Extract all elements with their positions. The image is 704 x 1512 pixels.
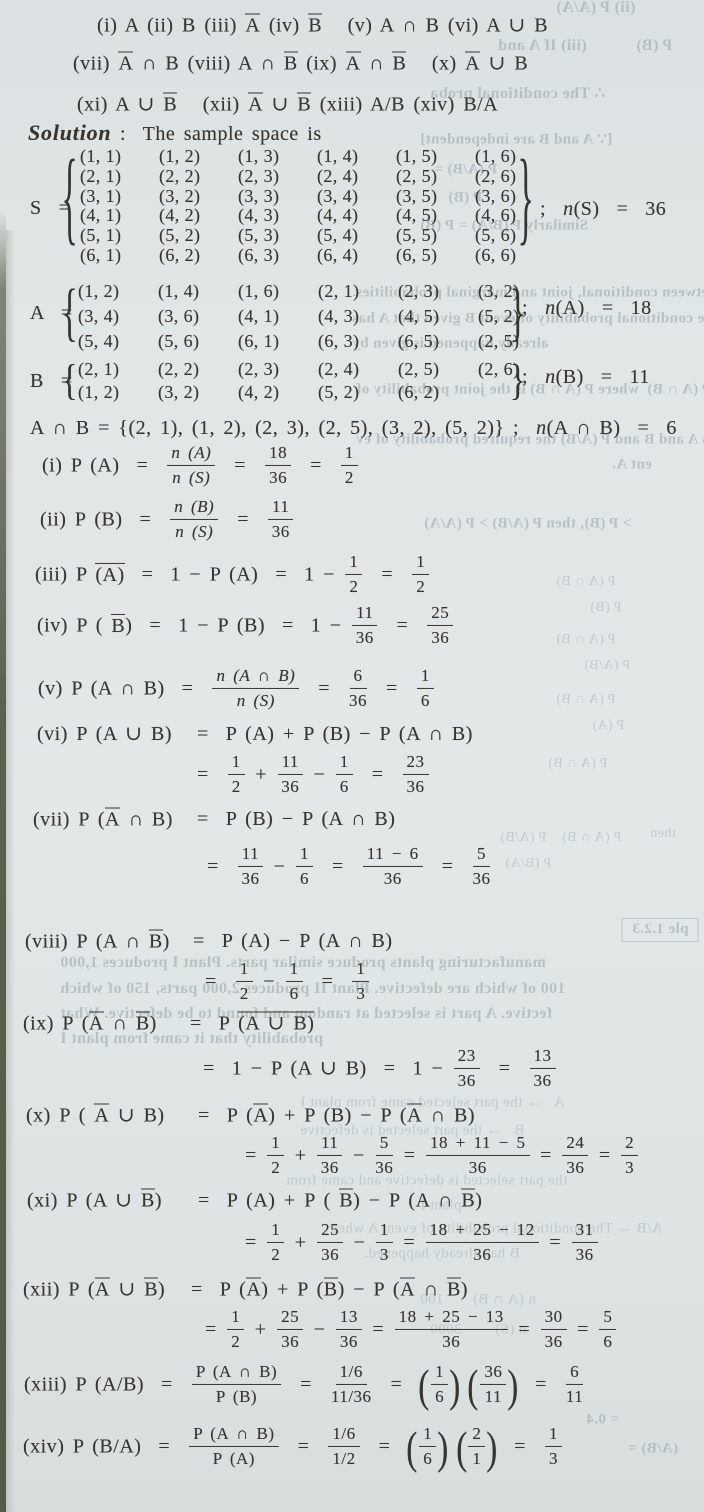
fraction-denominator: 2 xyxy=(232,775,241,797)
ghost-bleed-text: (A/B) = xyxy=(628,1441,678,1458)
overbar-term: A xyxy=(89,1012,104,1035)
tuple-cell: (1, 4) xyxy=(317,146,358,167)
fraction-numerator: P (A ∩ B) xyxy=(192,1362,281,1385)
eq-i: (i) P (A) = n (A)n (S) = 1836 = 12 xyxy=(42,445,360,489)
fraction-numerator: 11 − 6 xyxy=(363,844,423,867)
math-text: (x) P ( xyxy=(26,1105,94,1127)
eq-xi-line1-rhs: = P (A) + P ( B) − P (A ∩ B) xyxy=(198,1189,482,1212)
math-text: − xyxy=(305,764,334,786)
fraction-denominator: 36 xyxy=(281,1330,299,1352)
math-text: = xyxy=(590,1145,619,1167)
math-text: = xyxy=(497,1436,543,1458)
fraction-numerator: 23 xyxy=(403,752,429,775)
math-text: = xyxy=(569,1319,598,1341)
tuple-cell: (4, 6) xyxy=(475,205,516,226)
math-text: : The sample space is xyxy=(111,123,321,145)
math-text: = xyxy=(518,1374,564,1396)
math-text: (ix) xyxy=(298,53,346,75)
tuple-cell: (2, 1) xyxy=(318,281,359,302)
ghost-bleed-text: P (A ∩ B) xyxy=(556,574,615,590)
fraction-denominator: 36 xyxy=(469,1156,487,1178)
overbar-term: A xyxy=(248,93,263,116)
fraction-numerator: 11 xyxy=(268,497,293,520)
parenthesized-fraction: (21) xyxy=(457,1426,498,1470)
tuple-cell: (3, 6) xyxy=(158,306,199,327)
fraction-denominator: 36 xyxy=(321,1243,339,1265)
fraction-denominator: 2 xyxy=(240,982,249,1004)
fraction-numerator: 2 xyxy=(468,1424,485,1447)
fraction-denominator: 36 xyxy=(340,1330,358,1352)
fraction: 1336 xyxy=(336,1307,362,1351)
fraction-denominator: 2 xyxy=(271,1243,280,1265)
overbar-term: B xyxy=(308,14,322,37)
fraction-numerator: P (A ∩ B) xyxy=(189,1424,278,1447)
fraction: 611 xyxy=(566,1362,583,1406)
math-text: = xyxy=(205,1319,225,1341)
eq-vii-line1: (vii) P (A ∩ B) xyxy=(33,808,173,831)
fraction: 12 xyxy=(345,552,362,596)
fraction-denominator: 36 xyxy=(281,775,299,797)
set-S-left-brace: { xyxy=(61,145,77,250)
overbar-term: B xyxy=(149,930,163,953)
tuple-cell: (4, 2) xyxy=(159,205,200,226)
eq-x-line2: = 12 + 1136 − 536 = 18 + 11 − 536 = 2436… xyxy=(245,1135,640,1179)
tuple-cell: (6, 5) xyxy=(398,331,439,352)
math-text: ) xyxy=(158,1279,165,1301)
fraction-denominator: 36 xyxy=(472,867,490,889)
math-text: = xyxy=(205,971,234,993)
math-text: = xyxy=(315,856,361,878)
tuple-cell: (1, 4) xyxy=(158,281,199,302)
math-text: = 1 − P (A ∪ B) = 1 − xyxy=(203,1058,452,1080)
tuple-cell: (5, 3) xyxy=(238,225,279,246)
fraction-numerator: 25 xyxy=(427,603,453,626)
math-text: ∩ xyxy=(415,1279,447,1301)
math-text: ∩ xyxy=(104,1013,136,1035)
fraction-denominator: 36 xyxy=(356,626,374,648)
fraction-denominator: 2 xyxy=(349,575,358,597)
tuple-cell: (2, 6) xyxy=(478,359,519,380)
tuple-cell: (5, 1) xyxy=(80,225,121,246)
math-text: = xyxy=(510,1319,539,1341)
fraction-numerator: 13 xyxy=(336,1307,362,1330)
eq-xi-line2: = 12 + 2536 − 13 = 18 + 25 − 1236 = 3136 xyxy=(245,1222,600,1266)
math-text: = P (B) − P (A ∩ B) xyxy=(197,808,395,830)
fraction: 12 xyxy=(412,552,429,596)
fraction: 1136 xyxy=(238,844,263,888)
fraction: 12 xyxy=(267,1220,284,1264)
fraction-numerator: 1/6 xyxy=(328,1424,359,1447)
overbar-term: A xyxy=(407,1104,422,1127)
tuple-cell: (6, 6) xyxy=(475,245,516,266)
set-A-count: ; n(A) = 18 xyxy=(522,297,652,319)
overbar-term: B xyxy=(324,1278,338,1301)
set-A-left-brace: { xyxy=(61,280,77,345)
tuple-cell: (2, 4) xyxy=(318,359,359,380)
fraction-denominator: 36 xyxy=(349,689,367,711)
fraction: 2536 xyxy=(277,1307,303,1351)
math-text: = xyxy=(362,1436,408,1458)
math-text: (xii) xyxy=(177,94,248,116)
tuple-cell: (4, 3) xyxy=(318,306,359,327)
tuple-cell: (4, 4) xyxy=(317,205,358,226)
eq-ii: (ii) P (B) = n (B)n (S) = 1136 xyxy=(40,499,295,543)
fraction: 1/611/36 xyxy=(331,1362,372,1406)
fraction-denominator: 1 xyxy=(472,1447,481,1469)
math-text: = xyxy=(379,615,425,637)
fraction: 16 xyxy=(336,752,353,796)
tuple-cell: (6, 1) xyxy=(80,245,121,266)
math-text: (ii) P (B) = xyxy=(40,509,168,531)
math-text: (i) P (A) = xyxy=(42,455,165,477)
fraction-denominator: 6 xyxy=(603,1330,612,1352)
fraction: n (A ∩ B)n (S) xyxy=(212,666,299,710)
fraction-denominator: n (S) xyxy=(237,689,275,711)
set-B-left-brace: { xyxy=(61,358,77,401)
ghost-bleed-text: P (B/A) xyxy=(505,856,551,872)
math-text: = xyxy=(293,455,339,477)
fraction: P (A ∩ B)P (A) xyxy=(189,1424,278,1468)
math-text: ∪ B) xyxy=(109,1105,164,1127)
fraction-denominator: n (S) xyxy=(172,466,210,488)
fraction-numerator: 5 xyxy=(599,1307,616,1330)
fraction: 3611 xyxy=(480,1362,506,1406)
fraction: 3136 xyxy=(572,1220,598,1264)
fraction-denominator: P (B) xyxy=(216,1385,257,1407)
math-text: = xyxy=(395,1232,424,1254)
tuple-cell: (3, 3) xyxy=(238,186,279,207)
overbar-term: B xyxy=(447,1278,461,1301)
fraction-numerator: 6 xyxy=(566,1362,583,1385)
math-text: = xyxy=(369,678,415,700)
fraction-denominator: 36 xyxy=(458,1069,476,1091)
fraction-numerator: 11 xyxy=(238,844,263,867)
fraction-denominator: 36 xyxy=(384,867,402,889)
tuple-cell: (5, 4) xyxy=(78,331,119,352)
math-text: (v) P (A ∩ B) = xyxy=(38,678,210,700)
set-B-count: ; n(B) = 11 xyxy=(522,366,650,388)
fraction-denominator: 6 xyxy=(421,689,430,711)
eq-vii-line1-rhs: = P (B) − P (A ∩ B) xyxy=(197,808,395,830)
math-text: ∩ B) xyxy=(120,809,173,831)
math-text: ) xyxy=(461,1279,468,1301)
eq-v: (v) P (A ∩ B) = n (A ∩ B)n (S) = 636 = 1… xyxy=(38,668,436,712)
math-text: ∩ B (viii) A ∩ xyxy=(133,53,283,75)
fraction-numerator: n (A) xyxy=(167,443,215,466)
eq-viii-line1: (viii) P (A ∩ B) xyxy=(25,930,170,953)
math-text: (xiv) P (B/A) = xyxy=(23,1436,187,1458)
math-text: = xyxy=(532,1145,561,1167)
fraction: 2536 xyxy=(427,603,453,647)
problem-list-line-2: (vii) A ∩ B (viii) A ∩ B (ix) A ∩ B (x) … xyxy=(73,52,528,75)
fraction-numerator: 25 xyxy=(317,1220,343,1243)
math-text: A ∩ B = {(2, 1), (1, 2), (2, 3), (2, 5),… xyxy=(30,417,536,439)
math-text: ) = 1 − P (B) = 1 − xyxy=(125,615,350,637)
math-text: − xyxy=(255,971,284,993)
fraction: 1136 xyxy=(317,1133,342,1177)
overbar-term: A xyxy=(465,52,480,75)
math-text: = 1 − P (A) = 1 − xyxy=(125,564,344,586)
tuple-cell: (4, 1) xyxy=(238,306,279,327)
eq-vi-line2: = 12 + 1136 − 16 = 2336 xyxy=(197,754,431,798)
math-text: (viii) P (A ∩ xyxy=(25,931,149,953)
problem-list-line-3: (xi) A ∪ B (xii) A ∪ B (xiii) A/B (xiv) … xyxy=(77,93,498,116)
fraction: 1136 xyxy=(352,603,377,647)
ghost-bleed-text: ple 1.2.3 xyxy=(622,918,699,942)
set-S-count: ; n(S) = 36 xyxy=(540,198,666,220)
math-text: + xyxy=(247,764,276,786)
math-text: ; xyxy=(540,198,563,220)
math-text: = xyxy=(197,764,226,786)
math-italic: n xyxy=(563,198,574,220)
math-text: (S) = 36 xyxy=(574,198,667,220)
fraction-numerator: 1 xyxy=(286,959,303,982)
ghost-bleed-text: (ii) P (A/A) xyxy=(556,0,635,17)
overbar-term: A xyxy=(118,52,133,75)
tuple-cell: (4, 2) xyxy=(238,382,279,403)
tuple-cell: (3, 2) xyxy=(478,281,519,302)
fraction: 1136 xyxy=(278,752,303,796)
ghost-bleed-text: ent A. xyxy=(612,457,652,474)
fraction-numerator: 13 xyxy=(530,1046,556,1069)
overbar-term: B xyxy=(163,93,177,116)
fraction-numerator: 1/6 xyxy=(336,1362,367,1385)
eq-vi-line1: (vi) P (A ∪ B) xyxy=(37,723,172,745)
eq-viii-line1-rhs: = P (A) − P (A ∩ B) xyxy=(193,930,393,952)
fraction-numerator: 5 xyxy=(473,844,490,867)
ghost-bleed-text: P (B) xyxy=(590,600,621,616)
fraction-numerator: 1 xyxy=(296,844,313,867)
fraction-denominator: 36 xyxy=(407,775,425,797)
tuple-cell: (1, 6) xyxy=(475,146,516,167)
fraction-numerator: 30 xyxy=(541,1307,567,1330)
fraction-numerator: 36 xyxy=(480,1362,506,1385)
math-text: = xyxy=(217,455,263,477)
math-text: ) − P ( xyxy=(338,1279,400,1301)
fraction: 12 xyxy=(267,1133,284,1177)
fraction-numerator: 31 xyxy=(572,1220,598,1243)
eq-xi-line1: (xi) P (A ∪ B) xyxy=(27,1189,162,1212)
fraction-denominator: 36 xyxy=(545,1330,563,1352)
math-text: − xyxy=(345,1232,374,1254)
tuple-cell: (2, 5) xyxy=(398,359,439,380)
math-text: = xyxy=(425,856,471,878)
fraction-numerator: 18 + 25 − 12 xyxy=(426,1220,539,1243)
ghost-bleed-text: P (A) xyxy=(592,718,624,734)
fraction: 2336 xyxy=(403,752,429,796)
overbar-term: A xyxy=(94,1104,109,1127)
fraction-numerator: 1 xyxy=(345,552,362,575)
fraction-denominator: 2 xyxy=(271,1156,280,1178)
math-text: (iii) P xyxy=(35,564,95,586)
math-text: (A) = 18 xyxy=(556,297,652,319)
fraction-denominator: 36 xyxy=(431,626,449,648)
eq-iii: (iii) P (A) = 1 − P (A) = 1 − 12 = 12 xyxy=(35,554,431,598)
tuple-cell: (5, 2) xyxy=(318,382,359,403)
fraction-numerator: 1 xyxy=(545,1424,562,1447)
fraction: n (B)n (S) xyxy=(170,497,218,541)
fraction-denominator: 2 xyxy=(345,466,354,488)
fraction-denominator: 1/2 xyxy=(332,1447,355,1469)
fraction-denominator: 36 xyxy=(269,466,287,488)
fraction: 536 xyxy=(375,1133,393,1177)
fraction-numerator: n (A ∩ B) xyxy=(212,666,299,689)
fraction: 12 xyxy=(227,1307,244,1351)
eq-x-line1: (x) P ( A ∪ B) xyxy=(26,1104,165,1127)
math-text: = xyxy=(305,971,351,993)
eq-viii-line2: = 12 − 16 = 13 xyxy=(205,961,371,1005)
tuple-cell: (6, 5) xyxy=(396,245,437,266)
tuple-cell: (2, 3) xyxy=(398,281,439,302)
tuple-cell: (5, 2) xyxy=(478,306,519,327)
tuple-cell: (2, 2) xyxy=(159,166,200,187)
fraction-denominator: 6 xyxy=(423,1447,432,1469)
math-text: (xi) A ∪ xyxy=(77,94,163,116)
parenthesized-fraction: (16) xyxy=(419,1364,460,1408)
fraction-denominator: 36 xyxy=(321,1156,339,1178)
tuple-cell: (3, 2) xyxy=(158,382,199,403)
fraction-numerator: 1 xyxy=(412,552,429,575)
fraction: 16 xyxy=(417,666,434,710)
fraction-denominator: 36 xyxy=(442,1330,460,1352)
eq-iv: (iv) P ( B) = 1 − P (B) = 1 − 1136 = 253… xyxy=(37,605,455,649)
math-text: − xyxy=(305,1319,334,1341)
ghost-bleed-text: > P (B), then P (A/B) > P (A/A) xyxy=(424,516,631,533)
math-text: ∩ B) xyxy=(422,1105,475,1127)
math-text: ) − P (A ∩ xyxy=(353,1190,461,1212)
fraction-numerator: 5 xyxy=(376,1133,393,1156)
math-text: ) xyxy=(150,1013,157,1035)
fraction: 16 xyxy=(431,1362,448,1406)
fraction-numerator: 18 + 25 − 13 xyxy=(395,1307,508,1330)
overbar-term: B xyxy=(141,1189,155,1212)
fraction-numerator: 1 xyxy=(419,1424,436,1447)
tuple-cell: (5, 4) xyxy=(317,225,358,246)
math-text: + xyxy=(286,1145,315,1167)
math-text: = xyxy=(482,1058,528,1080)
fraction: 13 xyxy=(376,1220,393,1264)
math-text: + xyxy=(246,1319,275,1341)
tuple-cell: (2, 5) xyxy=(478,331,519,352)
math-text: ; xyxy=(522,366,545,388)
math-text: (iv) xyxy=(260,15,308,37)
math-text: − xyxy=(265,856,294,878)
fraction-denominator: 2 xyxy=(416,575,425,597)
set-S-right-brace: } xyxy=(517,145,533,250)
fraction-numerator: 1 xyxy=(267,1220,284,1243)
fraction-denominator: 3 xyxy=(625,1156,634,1178)
eq-ix-line1-rhs: = P (A ∪ B) xyxy=(190,1012,314,1035)
fraction: 23 xyxy=(621,1133,638,1177)
fraction-numerator: 1 xyxy=(352,959,369,982)
fraction-numerator: 1 xyxy=(341,443,358,466)
tuple-cell: (5, 2) xyxy=(159,225,200,246)
math-text: ) + P (B) − P ( xyxy=(268,1105,407,1127)
math-text: = xyxy=(364,564,410,586)
math-text: = xyxy=(355,764,401,786)
tuple-cell: (6, 1) xyxy=(238,331,279,352)
scanned-textbook-page: (ii) P (A/A)(iii) If A andP (B)∴ The con… xyxy=(0,0,704,1512)
math-italic: n xyxy=(545,366,556,388)
fraction: 3036 xyxy=(541,1307,567,1351)
math-text: − xyxy=(344,1145,373,1167)
math-text: (ix) P ( xyxy=(23,1013,89,1035)
fraction-numerator: 18 xyxy=(265,443,291,466)
fraction: 16 xyxy=(296,844,313,888)
ghost-bleed-text: P (A/B) xyxy=(584,658,630,674)
eq-ix-line2: = 1 − P (A ∪ B) = 1 − 2336 = 1336 xyxy=(203,1048,558,1092)
set-intersection-line: A ∩ B = {(2, 1), (1, 2), (2, 3), (2, 5),… xyxy=(30,417,677,439)
overbar-term: B xyxy=(144,1278,158,1301)
math-text: ) xyxy=(155,1190,162,1212)
fraction: 2536 xyxy=(317,1220,343,1264)
math-text: = P (A) − P (A ∩ B) xyxy=(193,930,393,952)
fraction-numerator: 25 xyxy=(277,1307,303,1330)
fraction: n (A)n (S) xyxy=(167,443,215,487)
fraction: 2336 xyxy=(454,1046,480,1090)
fraction-denominator: 36 xyxy=(272,520,290,542)
fraction-denominator: 6 xyxy=(435,1385,444,1407)
math-text: (vii) P ( xyxy=(33,809,105,831)
fraction-numerator: 1 xyxy=(336,752,353,775)
fraction-denominator: 36 xyxy=(534,1069,552,1091)
math-text: ∪ xyxy=(110,1279,144,1301)
tuple-cell: (3, 4) xyxy=(317,186,358,207)
tuple-cell: (4, 5) xyxy=(398,306,439,327)
math-text: ) xyxy=(475,1190,482,1212)
eq-xiii: (xiii) P (A/B) = P (A ∩ B)P (B) = 1/611/… xyxy=(24,1364,585,1408)
fraction-denominator: 6 xyxy=(300,867,309,889)
math-text: = P (A) + P ( xyxy=(198,1190,339,1212)
math-text: (iv) P ( xyxy=(37,615,111,637)
tuple-cell: (2, 3) xyxy=(238,166,279,187)
math-text: (B) = 11 xyxy=(556,366,650,388)
fraction-numerator: 1 xyxy=(228,752,245,775)
tuple-cell: (5, 5) xyxy=(396,225,437,246)
fraction-denominator: 36 xyxy=(241,867,259,889)
math-text: ; xyxy=(522,297,545,319)
fraction-numerator: 24 xyxy=(562,1133,588,1156)
overbar-term: B xyxy=(111,614,125,637)
fraction: 636 xyxy=(349,666,367,710)
fraction: 16 xyxy=(419,1424,436,1468)
math-text: ) + P ( xyxy=(261,1279,323,1301)
overbar-term: B xyxy=(461,1189,475,1212)
tuple-cell: (1, 1) xyxy=(80,146,121,167)
fraction-numerator: 18 + 11 − 5 xyxy=(426,1133,530,1156)
overbar-term: B xyxy=(339,1189,353,1212)
problem-list-line-1: (i) A (ii) B (iii) A (iv) B (v) A ∩ B (v… xyxy=(97,14,548,37)
tuple-cell: (2, 1) xyxy=(78,359,119,380)
tuple-cell: (1, 2) xyxy=(78,382,119,403)
overbar-term: B xyxy=(284,52,298,75)
tuple-cell: (2, 4) xyxy=(317,166,358,187)
fraction: 12 xyxy=(228,752,245,796)
fraction-denominator: 36 xyxy=(473,1243,491,1265)
math-italic: n xyxy=(545,297,556,319)
math-text: = xyxy=(301,678,347,700)
tuple-cell: (2, 2) xyxy=(158,359,199,380)
fraction: 18 + 25 − 1236 xyxy=(426,1220,539,1264)
fraction-denominator: 6 xyxy=(290,982,299,1004)
fraction-numerator: 11 xyxy=(317,1133,342,1156)
fraction: 536 xyxy=(472,844,490,888)
page-left-edge-soft-shadow xyxy=(6,230,15,1512)
overbar-term: A xyxy=(246,1278,261,1301)
fraction-numerator: 1 xyxy=(236,959,253,982)
math-text: = xyxy=(245,1145,265,1167)
overbar-term: (A) xyxy=(95,563,124,586)
